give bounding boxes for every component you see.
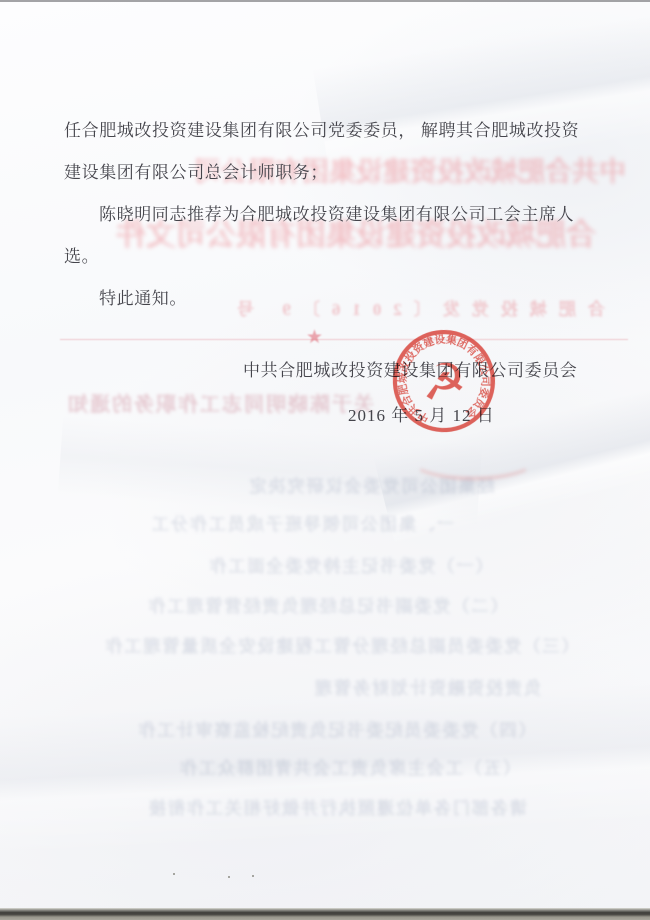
- paper-wrinkle: [0, 681, 650, 860]
- bleedthrough-body-line: （一）党委书记主持党委全面工作: [158, 552, 542, 577]
- scanned-document-page: 中共合肥城改投资建设集团有限公司 合肥城改投资建设集团有限公司文件 合肥城投党发…: [0, 0, 650, 920]
- scan-speck: [173, 873, 175, 875]
- bleedthrough-body-line: （五）工会主席负责工会共青团群众工作: [136, 754, 562, 779]
- hammer-and-sickle-icon: ☭: [420, 352, 468, 412]
- scan-edge-bottom: [0, 908, 650, 920]
- bleedthrough-body-line: （三）党委委员副总经理分管工程建设安全质量管理工作: [60, 632, 622, 657]
- bleedthrough-doc-number: 合肥城投党发〔2016〕9 号: [200, 295, 630, 320]
- scan-speck: [228, 876, 230, 878]
- bleedthrough-body-line: 一、集团公司领导班子成员工作分工: [108, 510, 496, 535]
- bleedthrough-notice-title: 关于陈晓明同志工作职务的通知: [106, 388, 374, 417]
- paper-wrinkle: [313, 13, 650, 188]
- bleedthrough-red-rule: [60, 339, 628, 340]
- bleedthrough-body-line: 负责投资融资计划财务管理: [272, 674, 582, 699]
- body-line-2: 建设集团有限公司总会计师职务；: [64, 158, 328, 183]
- bleedthrough-body-line: （四）党委委员纪委书记负责纪检监察审计工作: [90, 716, 582, 741]
- body-line-3: 陈晓明同志推荐为合肥城改投资建设集团有限公司工会主席人: [99, 200, 574, 225]
- body-line-4: 选。: [64, 242, 99, 267]
- scan-speck: [252, 875, 254, 877]
- bleedthrough-body-line: 请各部门各单位遵照执行并做好相关工作衔接: [92, 794, 582, 819]
- scan-edge-top: [0, 0, 650, 2]
- bleedthrough-seal-arc: [410, 440, 536, 480]
- bleedthrough-body-line: （二）党委副书记总经理负责经营管理工作: [92, 592, 562, 617]
- bleedthrough-star-icon: ★: [306, 326, 323, 349]
- body-line-5: 特此通知。: [99, 284, 187, 309]
- official-party-seal: 中共合肥城改投资建设集团有限公司委员会 ☭: [385, 322, 505, 442]
- body-line-1: 任合肥城改投资建设集团有限公司党委委员， 解聘其合肥城改投资: [64, 116, 579, 141]
